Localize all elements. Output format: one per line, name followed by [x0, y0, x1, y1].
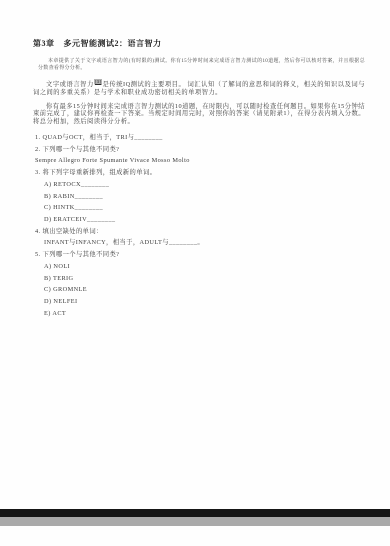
- question-list: 1. QUAD与OCT，相当于，TRI与________ 2. 下列哪一个与其他…: [35, 132, 365, 319]
- question-3-option-b: B) RABIN________: [44, 191, 365, 203]
- page-bottom-edge-shadow: [0, 517, 390, 526]
- paragraph-intro-text-before: 文字或语言智力: [46, 81, 94, 88]
- paragraph-instructions: 你有最多15分钟时间来完成语言智力测试的10道题，在时限内，可以随时检查任何题目…: [33, 103, 365, 126]
- question-2-word-list: Sempre Allegro Forte Spumante Vivace Mos…: [35, 155, 365, 167]
- question-5-option-d: D) NELFEI: [44, 296, 365, 308]
- question-4-body: INFANT与INFANCY，相当于，ADULT与________。: [44, 237, 365, 249]
- chapter-label: 第3章: [33, 39, 55, 48]
- question-5-option-b: B) TERIG: [44, 273, 365, 285]
- page-bottom-edge-dark: [0, 509, 390, 517]
- page-title: 第3章多元智能测试2：语言智力: [33, 38, 365, 49]
- question-5-option-e: E) ACT: [44, 308, 365, 320]
- question-3: 3. 将下列字母重新排列，组成新的单词。: [35, 167, 365, 179]
- question-5-option-a: A) NOLI: [44, 261, 365, 273]
- question-1: 1. QUAD与OCT，相当于，TRI与________: [35, 132, 365, 144]
- document-page-view: 第3章多元智能测试2：语言智力 本章提供了关于文字或语言智力的(有时限的)测试。…: [0, 0, 390, 546]
- question-3-option-c: C) HINTK________: [44, 202, 365, 214]
- question-5: 5. 下列哪一个与其他不同类?: [35, 249, 365, 261]
- question-3-option-d: D) ERATCEIV________: [44, 214, 365, 226]
- chapter-title: 多元智能测试2：语言智力: [64, 39, 162, 48]
- page-content: 第3章多元智能测试2：语言智力 本章提供了关于文字或语言智力的(有时限的)测试。…: [33, 38, 365, 319]
- question-2: 2. 下列哪一个与其他不同类?: [35, 144, 365, 156]
- question-4: 4. 填出空缺处的单词：: [35, 226, 365, 238]
- question-3-option-a: A) RETOCX________: [44, 179, 365, 191]
- question-5-option-c: C) GROMNLE: [44, 284, 365, 296]
- chapter-intro-note: 本章提供了关于文字或语言智力的(有时限的)测试。你有15分钟时间来完成语言智力测…: [38, 59, 365, 72]
- paragraph-intro: 文字或语言智力[3]是传统IQ测试的主要项目。 词汇认知（了解词的意思和词的释义…: [33, 78, 365, 97]
